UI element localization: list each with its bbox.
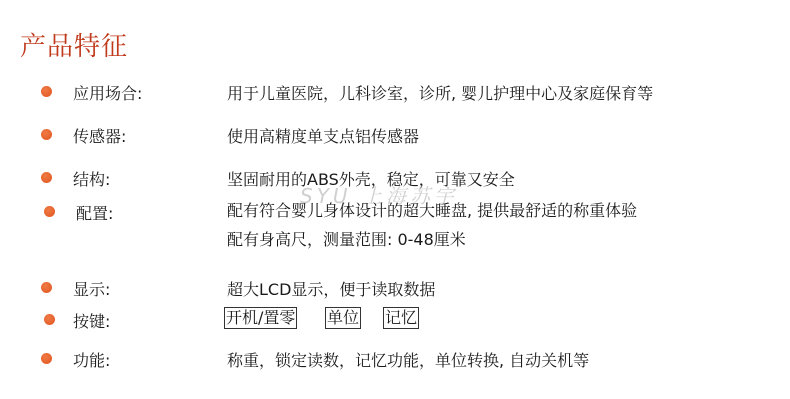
bullet-icon [41,129,52,140]
feature-label-sensor: 传感器: [73,124,126,147]
bullet-icon [41,172,52,183]
feature-value-sensor: 使用高精度单支点铝传感器 [227,124,419,147]
bullet-icon [41,86,52,97]
feature-label-application: 应用场合: [73,81,142,104]
feature-label-display: 显示: [73,277,110,300]
bullet-icon [44,206,55,217]
feature-value-function: 称重，锁定读数，记忆功能，单位转换, 自动关机等 [227,348,589,371]
feature-value-configuration-2: 配有身高尺，测量范围: 0-48厘米 [227,227,466,250]
feature-label-configuration: 配置: [76,201,113,224]
key-unit: 单位 [325,307,361,329]
bullet-icon [41,282,52,293]
bullet-icon [44,314,55,325]
feature-value-display: 超大LCD显示，便于读取数据 [227,277,435,300]
feature-label-buttons: 按键: [73,309,110,332]
page-title: 产品特征 [20,26,128,63]
feature-value-application: 用于儿童医院，儿科诊室，诊所, 婴儿护理中心及家庭保育等 [227,81,653,104]
feature-value-configuration-1: 配有符合婴儿身体设计的超大睡盘, 提供最舒适的称重体验 [227,198,637,221]
key-power-zero: 开机/置零 [224,307,297,329]
feature-label-structure: 结构: [73,167,110,190]
bullet-icon [41,353,52,364]
feature-label-function: 功能: [73,348,110,371]
key-memory: 记忆 [383,307,419,329]
